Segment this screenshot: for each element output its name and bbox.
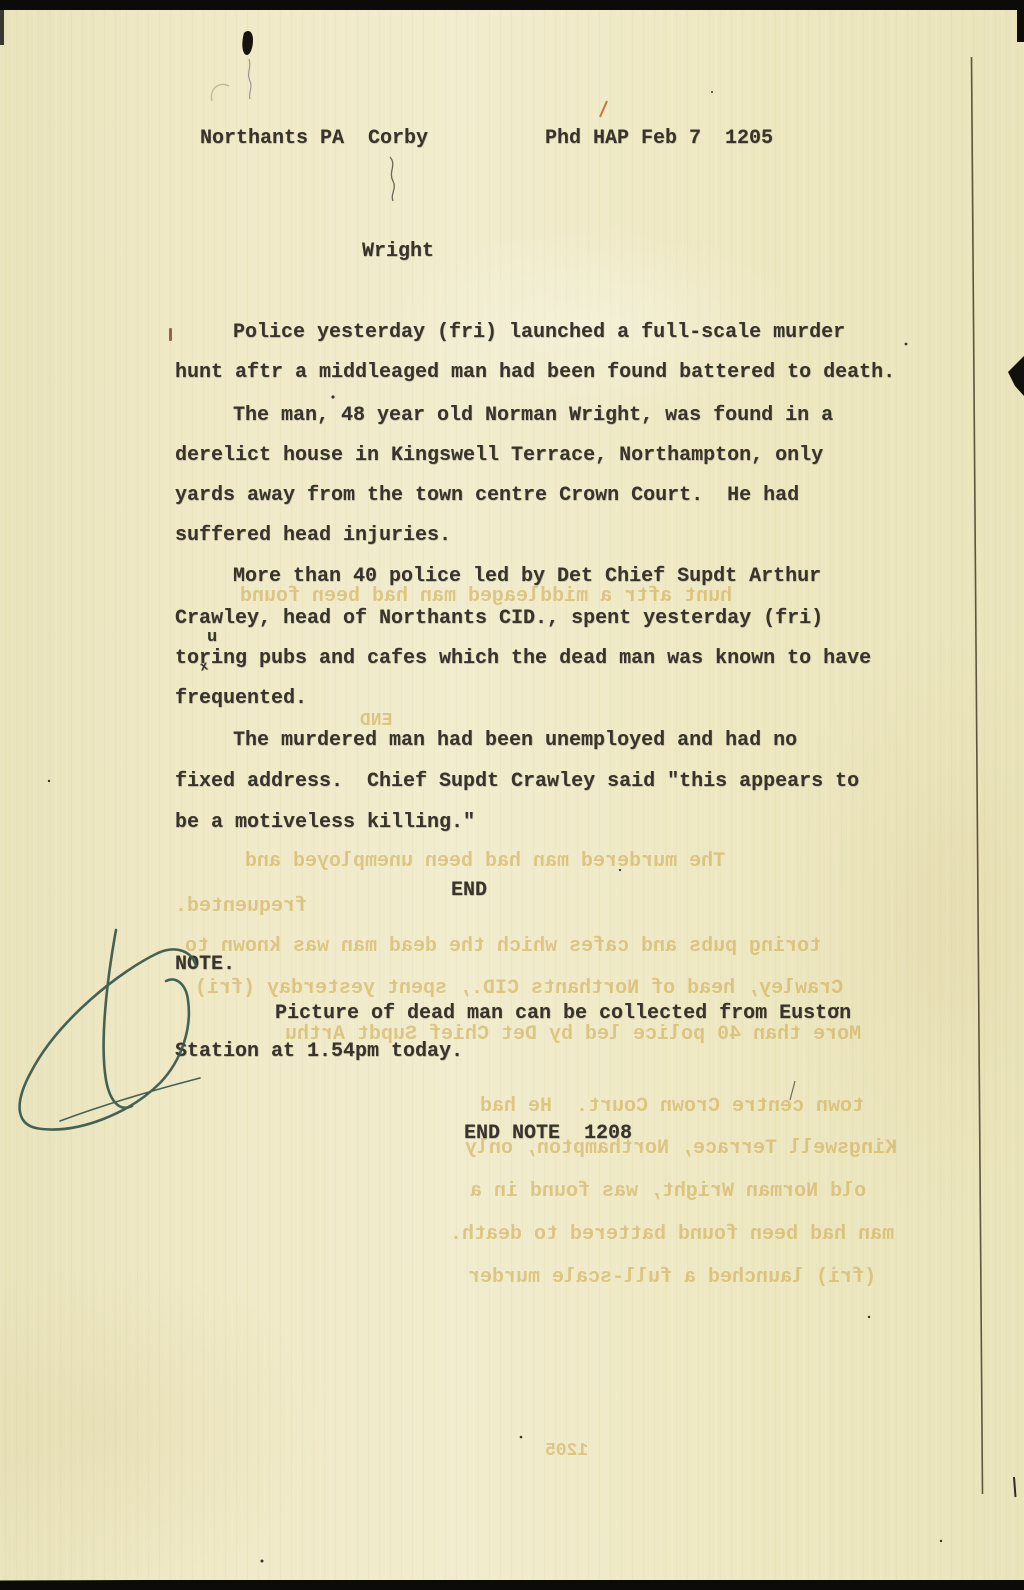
typed-insert-correction: u bbox=[207, 629, 217, 646]
scan-border-bottom bbox=[0, 1580, 1024, 1590]
end-note-marker: END NOTE 1208 bbox=[464, 1124, 632, 1144]
typed-line: be a motiveless killing." bbox=[175, 813, 475, 833]
ghost-text-line: old Norman Wright, was found in a bbox=[470, 1182, 866, 1202]
ghost-text-line: END bbox=[360, 712, 392, 730]
ghost-text-line: frequented. bbox=[175, 897, 307, 917]
scan-border-top bbox=[0, 0, 1024, 10]
scan-border-top-left bbox=[0, 9, 4, 45]
typed-line: The man, 48 year old Norman Wright, was … bbox=[233, 406, 833, 426]
typed-line: hunt aftr a middleaged man had been foun… bbox=[175, 363, 895, 383]
typed-line: toring pubs and cafes which the dead man… bbox=[175, 649, 871, 669]
ghost-text-line: The murdered man had been unemployed and bbox=[245, 852, 725, 872]
typed-line: fixed address. Chief Supdt Crawley said … bbox=[175, 772, 859, 792]
typed-line: More than 40 police led by Det Chief Sup… bbox=[233, 567, 821, 587]
ghost-text-line: town centre Crown Court. He had bbox=[480, 1097, 864, 1117]
ghost-text-line: (fri) launched a full-scale murder bbox=[468, 1268, 876, 1288]
typed-line: yards away from the town centre Crown Co… bbox=[175, 486, 799, 506]
typed-line: Station at 1.54pm today. bbox=[175, 1042, 463, 1062]
ghost-text-line: hunt aftr a middleaged man had been foun… bbox=[240, 587, 732, 607]
note-label: NOTE. bbox=[175, 955, 235, 975]
typed-line: Police yesterday (fri) launched a full-s… bbox=[233, 323, 845, 343]
ghost-text-line: 1205 bbox=[545, 1442, 588, 1460]
typed-line: suffered head injuries. bbox=[175, 526, 451, 546]
end-marker: END bbox=[451, 881, 487, 901]
header-timestamp: Phd HAP Feb 7 1205 bbox=[545, 129, 773, 149]
paper-sheet: hunt aftr a middleaged man had been foun… bbox=[0, 9, 1024, 1581]
typed-line: frequented. bbox=[175, 689, 307, 709]
header-origin: Northants PA Corby bbox=[200, 129, 428, 149]
scanned-document: { "document": { "kind": "typewritten pre… bbox=[0, 0, 1024, 1590]
ghost-text-line: Crawley, head of Northants CID., spent y… bbox=[195, 979, 843, 999]
scan-border-top-right bbox=[1017, 0, 1024, 42]
typed-line: Picture of dead man can be collected fro… bbox=[275, 1004, 851, 1024]
typed-line: derelict house in Kingswell Terrace, Nor… bbox=[175, 446, 823, 466]
typed-line: Crawley, head of Northants CID., spent y… bbox=[175, 609, 823, 629]
ghost-text-line: toring pubs and cafes which the dead man… bbox=[185, 937, 821, 957]
ghost-text-line: man had been found battered to death. bbox=[450, 1225, 894, 1245]
typed-line: The murdered man had been unemployed and… bbox=[233, 731, 797, 751]
slug-line: Wright bbox=[362, 242, 434, 262]
